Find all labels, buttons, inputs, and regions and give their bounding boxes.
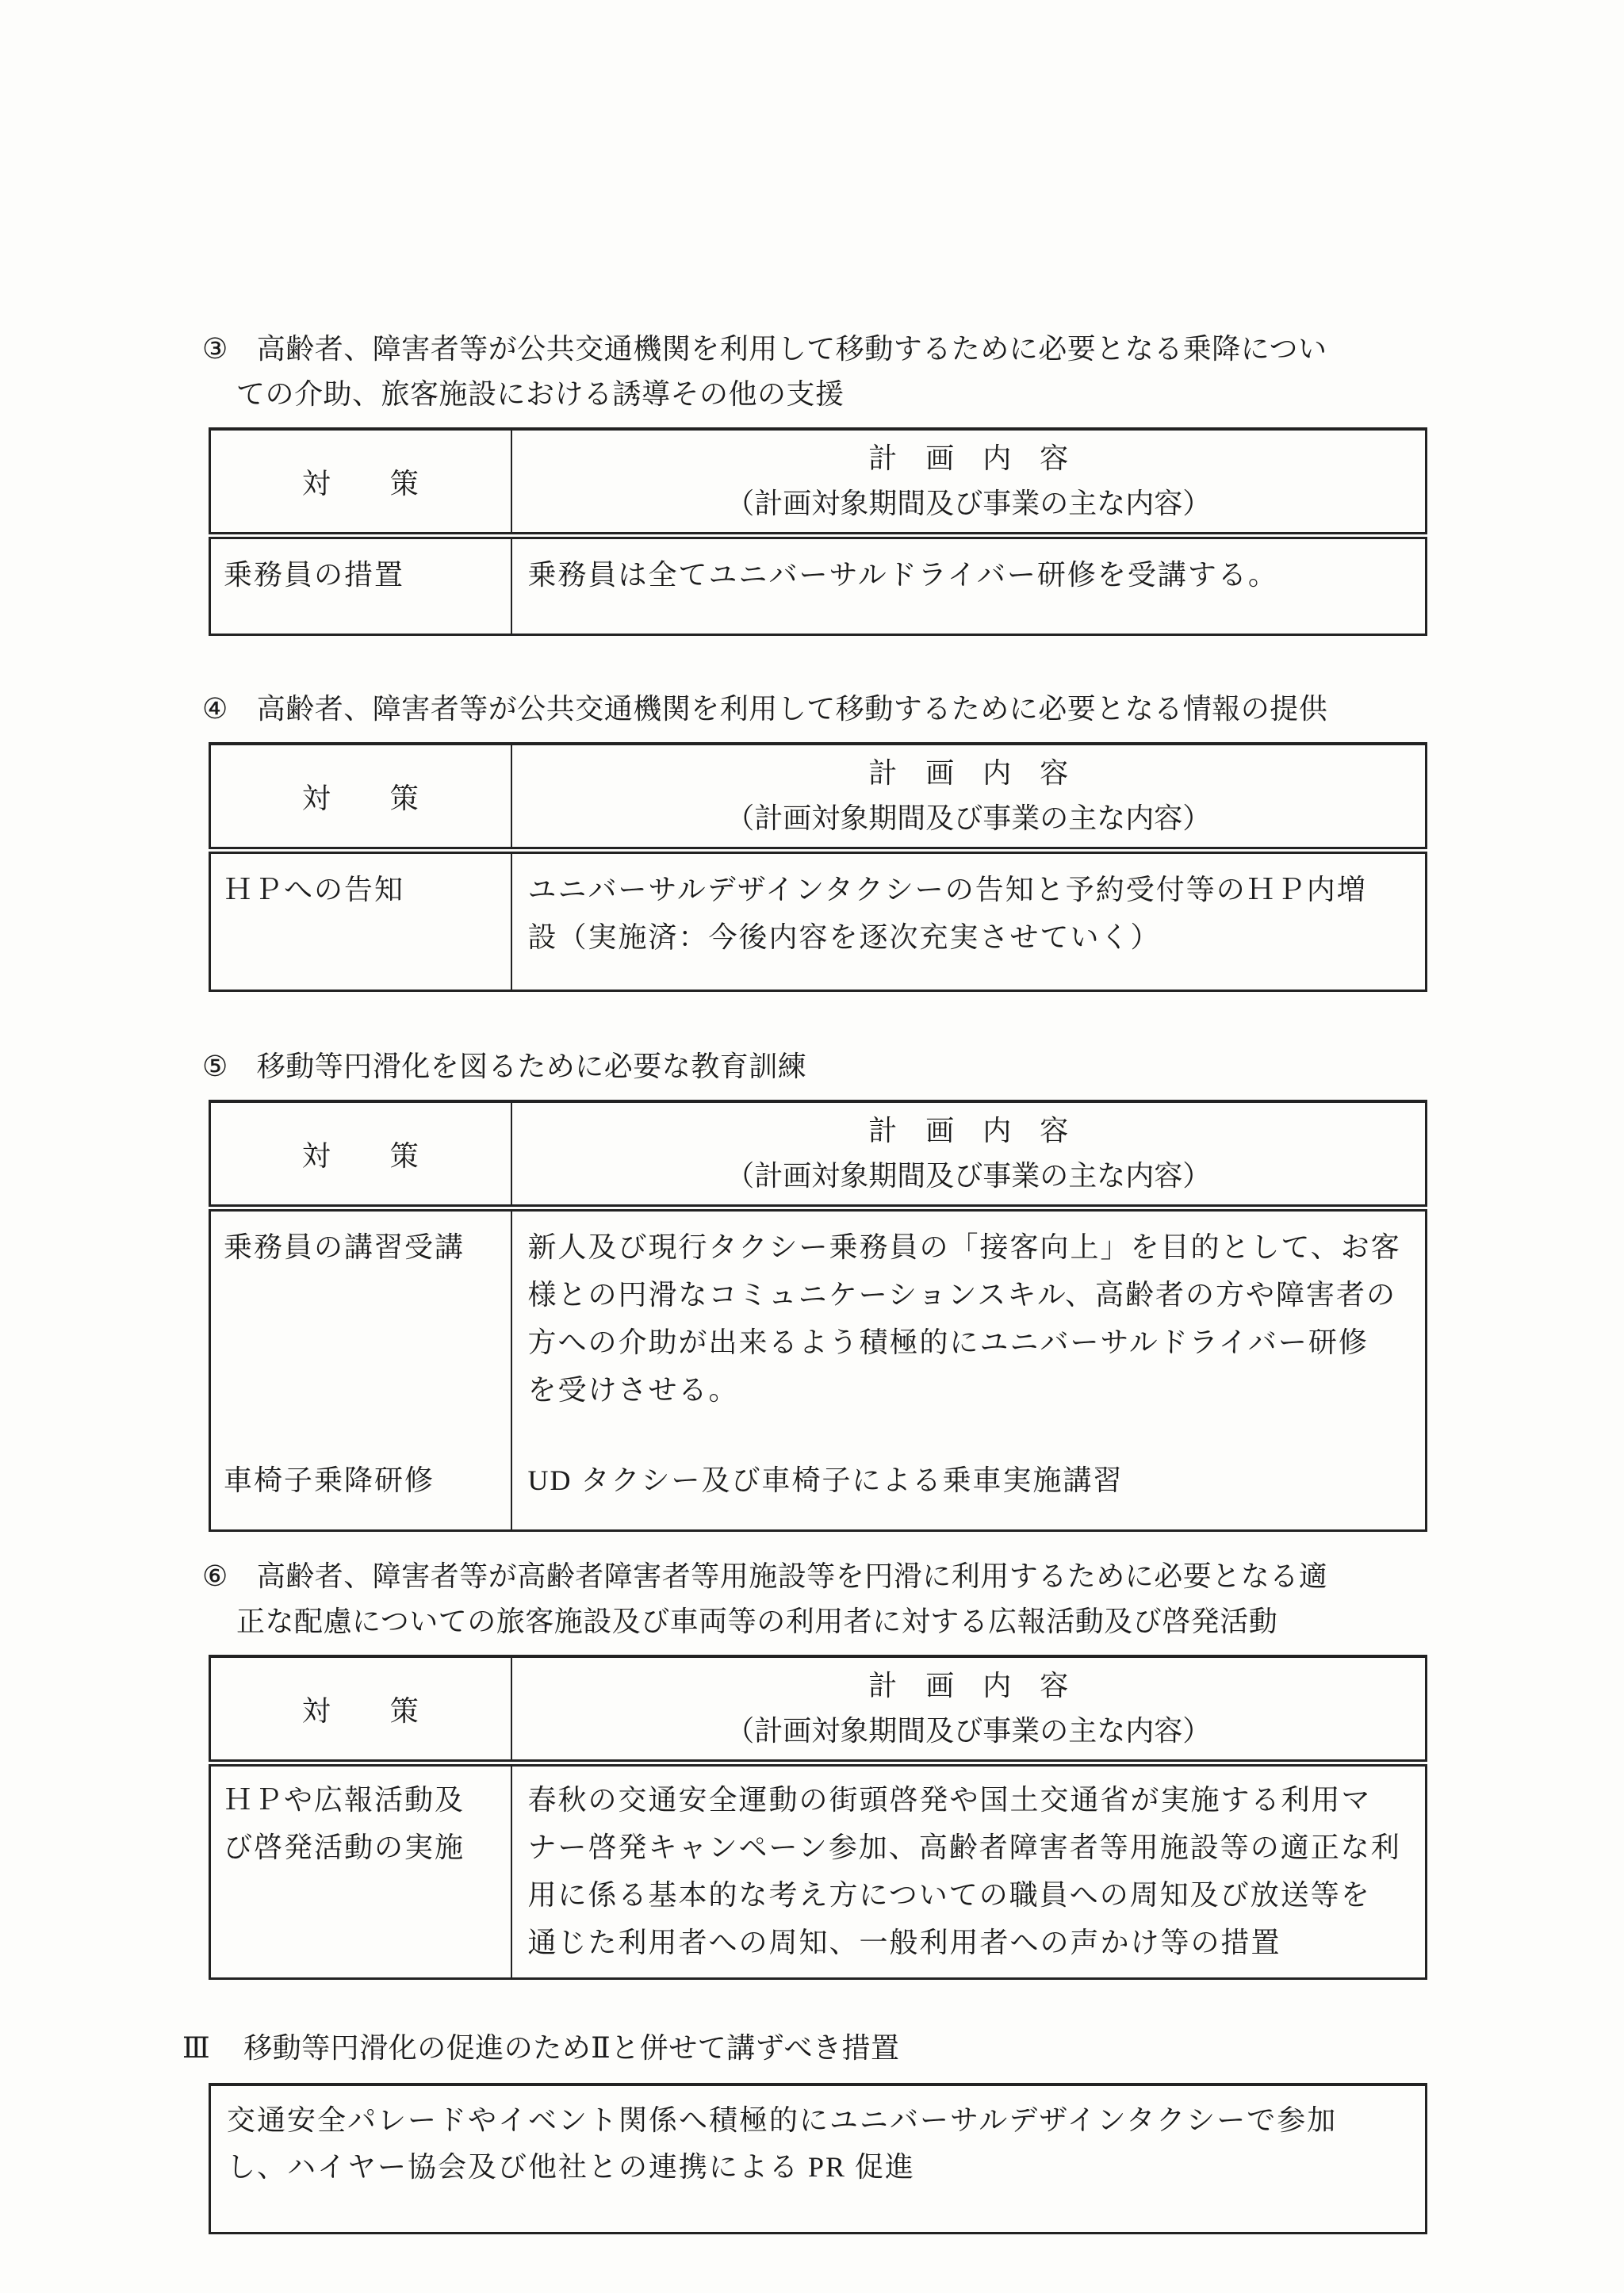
plan-header-line1: 計 画 内 容 — [512, 751, 1426, 796]
section-number: ③ — [202, 333, 228, 365]
measure-header-cell: 対 策 — [210, 429, 511, 536]
plan-header-line1: 計 画 内 容 — [512, 1108, 1426, 1154]
measure-cell: 乗務員の講習受講 — [210, 1208, 511, 1449]
section-number: ⑤ — [202, 1051, 228, 1082]
section-number: ④ — [202, 693, 228, 725]
scanned-document-page: { "document": { "sections": [ { "number"… — [0, 0, 1624, 2293]
section-6: ⑥高齢者、障害者等が高齢者障害者等用施設等を円滑に利用するために必要となる適 正… — [159, 1554, 1443, 1980]
plan-header-line2: （計画対象期間及び事業の主な内容） — [512, 796, 1426, 841]
table-row: 乗務員の措置 乗務員は全てユニバーサルドライバー研修を受講する。 — [210, 536, 1427, 635]
section-roman-3: Ⅲ移動等円滑化の促進のためⅡと併せて講ずべき措置 交通安全パレードやイベント関係… — [159, 2026, 1443, 2234]
section-heading: ③高齢者、障害者等が公共交通機関を利用して移動するために必要となる乗降につい て… — [159, 327, 1443, 417]
plan-cell: ユニバーサルデザインタクシーの告知と予約受付等のＨＰ内増 設（実施済：今後内容を… — [511, 851, 1427, 991]
table-row: 車椅子乗降研修 UD タクシー及び車椅子による乗車実施講習 — [210, 1449, 1427, 1531]
plan-header-cell: 計 画 内 容 （計画対象期間及び事業の主な内容） — [511, 1101, 1427, 1208]
plan-table: 対 策 計 画 内 容 （計画対象期間及び事業の主な内容） ＨＰや広報活動及 び… — [209, 1655, 1427, 1980]
measure-cell: 車椅子乗降研修 — [210, 1449, 511, 1531]
section-heading: Ⅲ移動等円滑化の促進のためⅡと併せて講ずべき措置 — [159, 2026, 1443, 2071]
section-heading: ⑤移動等円滑化を図るために必要な教育訓練 — [159, 1044, 1443, 1089]
section-title: 高齢者、障害者等が公共交通機関を利用して移動するために必要となる乗降につい ての… — [236, 333, 1327, 410]
measure-header-cell: 対 策 — [210, 1101, 511, 1208]
table-row: 乗務員の講習受講 新人及び現行タクシー乗務員の「接客向上」を目的として、お客 様… — [210, 1208, 1427, 1449]
section-3: ③高齢者、障害者等が公共交通機関を利用して移動するために必要となる乗降につい て… — [159, 327, 1443, 636]
measure-cell: 乗務員の措置 — [210, 536, 511, 635]
plan-header-line2: （計画対象期間及び事業の主な内容） — [512, 1154, 1426, 1199]
plan-header-cell: 計 画 内 容 （計画対象期間及び事業の主な内容） — [511, 1656, 1427, 1763]
plan-table: 対 策 計 画 内 容 （計画対象期間及び事業の主な内容） ＨＰへの告知 ユニバ… — [209, 742, 1427, 992]
plan-table: 対 策 計 画 内 容 （計画対象期間及び事業の主な内容） 乗務員の措置 乗務員… — [209, 427, 1427, 636]
measure-cell: ＨＰや広報活動及 び啓発活動の実施 — [210, 1763, 511, 1979]
section-heading: ⑥高齢者、障害者等が高齢者障害者等用施設等を円滑に利用するために必要となる適 正… — [159, 1554, 1443, 1644]
plan-header-cell: 計 画 内 容 （計画対象期間及び事業の主な内容） — [511, 429, 1427, 536]
section-number: ⑥ — [202, 1560, 228, 1592]
plan-cell: 春秋の交通安全運動の街頭啓発や国土交通省が実施する利用マ ナー啓発キャンペーン参… — [511, 1763, 1427, 1979]
measure-header-cell: 対 策 — [210, 1656, 511, 1763]
measure-header-cell: 対 策 — [210, 744, 511, 851]
plan-header-line2: （計画対象期間及び事業の主な内容） — [512, 481, 1426, 526]
section-4: ④高齢者、障害者等が公共交通機関を利用して移動するために必要となる情報の提供 対… — [159, 687, 1443, 992]
section-title: 移動等円滑化を図るために必要な教育訓練 — [257, 1051, 807, 1082]
section-title: 高齢者、障害者等が公共交通機関を利用して移動するために必要となる情報の提供 — [257, 693, 1328, 725]
section-title: 高齢者、障害者等が高齢者障害者等用施設等を円滑に利用するために必要となる適 正な… — [236, 1560, 1327, 1637]
note-box: 交通安全パレードやイベント関係へ積極的にユニバーサルデザインタクシーで参加 し、… — [209, 2083, 1427, 2234]
plan-cell: 新人及び現行タクシー乗務員の「接客向上」を目的として、お客 様との円滑なコミュニ… — [511, 1208, 1427, 1449]
plan-cell: UD タクシー及び車椅子による乗車実施講習 — [511, 1449, 1427, 1531]
plan-header-line1: 計 画 内 容 — [512, 436, 1426, 481]
measure-cell: ＨＰへの告知 — [210, 851, 511, 991]
section-number: Ⅲ — [182, 2032, 210, 2064]
plan-header-line1: 計 画 内 容 — [512, 1663, 1426, 1709]
table-header-row: 対 策 計 画 内 容 （計画対象期間及び事業の主な内容） — [210, 744, 1427, 851]
plan-header-cell: 計 画 内 容 （計画対象期間及び事業の主な内容） — [511, 744, 1427, 851]
plan-table: 対 策 計 画 内 容 （計画対象期間及び事業の主な内容） 乗務員の講習受講 新… — [209, 1100, 1427, 1532]
document-content: ③高齢者、障害者等が公共交通機関を利用して移動するために必要となる乗降につい て… — [159, 327, 1443, 2234]
table-header-row: 対 策 計 画 内 容 （計画対象期間及び事業の主な内容） — [210, 1656, 1427, 1763]
section-title: 移動等円滑化の促進のためⅡと併せて講ずべき措置 — [243, 2032, 899, 2064]
table-header-row: 対 策 計 画 内 容 （計画対象期間及び事業の主な内容） — [210, 1101, 1427, 1208]
table-row: ＨＰや広報活動及 び啓発活動の実施 春秋の交通安全運動の街頭啓発や国土交通省が実… — [210, 1763, 1427, 1979]
plan-cell: 乗務員は全てユニバーサルドライバー研修を受講する。 — [511, 536, 1427, 635]
plan-header-line2: （計画対象期間及び事業の主な内容） — [512, 1709, 1426, 1754]
table-row: ＨＰへの告知 ユニバーサルデザインタクシーの告知と予約受付等のＨＰ内増 設（実施… — [210, 851, 1427, 991]
section-heading: ④高齢者、障害者等が公共交通機関を利用して移動するために必要となる情報の提供 — [159, 687, 1443, 732]
table-header-row: 対 策 計 画 内 容 （計画対象期間及び事業の主な内容） — [210, 429, 1427, 536]
section-5: ⑤移動等円滑化を図るために必要な教育訓練 対 策 計 画 内 容 （計画対象期間… — [159, 1044, 1443, 1532]
